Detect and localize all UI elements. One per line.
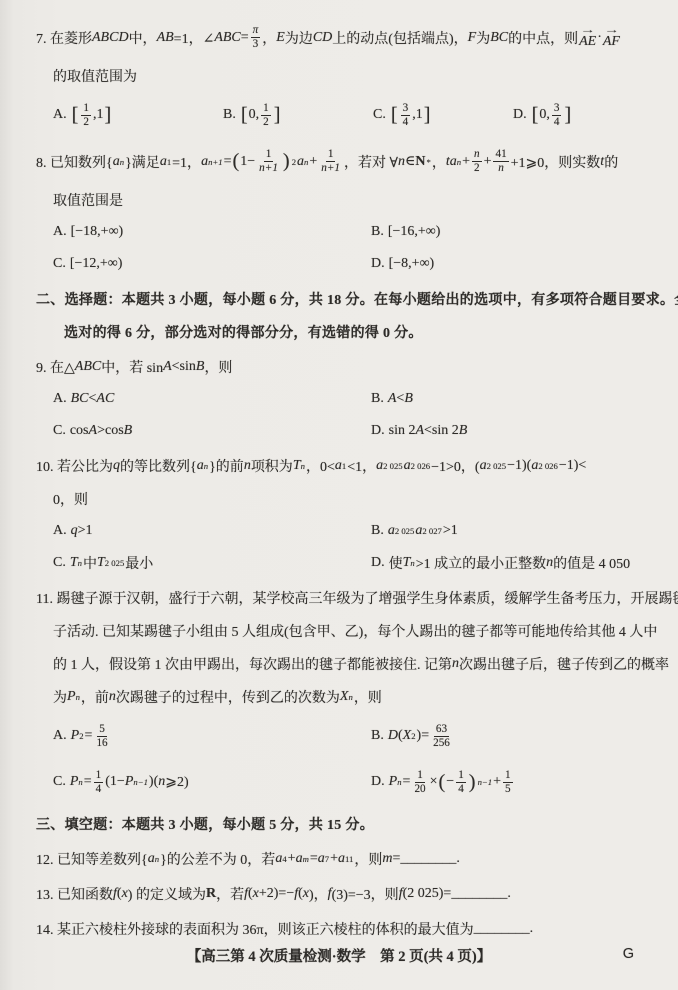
text-run: = — [310, 851, 318, 867]
text-run: 中，若 sin — [101, 357, 163, 377]
big-bracket: ] — [564, 107, 571, 123]
question-13-line-1: 13. 已知函数 f(x) 的定义域为 R，若 f(x+2)=−f(x)，f(3… — [36, 877, 672, 910]
subscript: n — [155, 854, 159, 864]
text-run: = — [224, 154, 232, 170]
math-var: a — [335, 458, 342, 474]
section-2-multiple-choice-line-1: 二、选择题：本题共 3 小题，每小题 6 分，共 18 分。在每小题给出的选项中… — [36, 282, 672, 315]
vector-AE: →AE — [579, 27, 596, 48]
big-bracket: [ — [391, 107, 398, 123]
math-var: B — [196, 359, 205, 375]
subscript: 2 — [411, 731, 415, 741]
question-11: 11. 踢毽子源于汉朝，盛行于六朝，某学校高三年级为了增强学生身体素质，缓解学生… — [36, 581, 672, 805]
text-run: 中， — [129, 28, 157, 48]
section-3-fill-in-line-1: 三、填空题：本题共 3 小题，每小题 5 分，共 15 分。 — [36, 807, 672, 840]
text-run: sin 2 — [389, 423, 416, 439]
math-var: a — [201, 154, 208, 170]
bold-symbol: R — [206, 886, 216, 902]
text-run: = — [403, 774, 411, 790]
text-run: + — [462, 154, 470, 170]
option-label: B. — [223, 107, 236, 123]
math-var: n — [244, 458, 251, 474]
text-run: ∈ — [405, 153, 415, 170]
subscript: n — [410, 558, 414, 568]
question-7-line-2: 的取值范围为 — [53, 59, 672, 92]
option-label: C. — [373, 107, 386, 123]
math-var: n — [109, 689, 116, 705]
option-label: A. — [53, 391, 67, 407]
text-run: ，若对 ∀ — [344, 152, 398, 172]
math-var: BC — [71, 391, 89, 407]
text-run: [−18,+∞) — [71, 224, 124, 240]
section-3-fill-in: 三、填空题：本题共 3 小题，每小题 5 分，共 15 分。 — [36, 807, 672, 840]
subscript: 2 025 — [395, 526, 415, 536]
option-label: D. — [371, 256, 385, 272]
text-run: ⩾2) — [165, 774, 188, 791]
text-run: 次踢出毽子后，毽子传到乙的概率 — [459, 654, 669, 674]
subscript: n — [348, 692, 352, 702]
text-run: = — [241, 30, 249, 46]
text-run: 0, — [249, 107, 260, 123]
fraction: 1n+1 — [257, 148, 280, 174]
text-run: 为边 — [285, 28, 313, 48]
subscript: 4 — [282, 854, 286, 864]
text-run: <1， — [347, 456, 376, 476]
text-run: ，则 — [204, 357, 232, 377]
text-run: 上的动点(包括端点)， — [332, 28, 467, 48]
page-footer: 【高三第 4 次质量检测·数学 第 2 页(共 4 页)】 G — [0, 945, 678, 966]
math-var: P — [67, 689, 76, 705]
subscript: 1 — [342, 461, 346, 471]
math-var: E — [276, 30, 285, 46]
fraction: 12 — [261, 102, 271, 128]
option-label: D. — [371, 555, 385, 571]
text-run: ________. — [400, 851, 460, 867]
text-run: 的中点，则 — [508, 28, 578, 48]
subscript: 7 — [325, 854, 329, 864]
math-var: ABCD — [92, 30, 129, 46]
subscript: n — [304, 157, 308, 167]
option-label: C. — [53, 774, 66, 790]
text-run: 使 — [389, 553, 403, 573]
big-bracket: ( — [439, 774, 446, 790]
math-var: a — [480, 458, 487, 474]
option-label: C. — [53, 555, 66, 571]
question-7: 7. 在菱形 ABCD 中，AB=1，∠ABC=π3，E 为边 CD 上的动点(… — [36, 16, 672, 138]
text-run: [−16,+∞) — [388, 224, 441, 240]
big-bracket: ] — [424, 107, 431, 123]
question-11-line-2: 子活动. 已知某踢毽子小组由 5 人组成(包含甲、乙)，每个人踢出的毽子都等可能… — [53, 614, 672, 647]
question-9-line-1: 9. 在△ABC 中，若 sin A<sin B，则 — [36, 350, 672, 383]
math-var: n — [398, 154, 405, 170]
text-run: ,1 — [412, 107, 423, 123]
math-var: ABC — [75, 359, 101, 375]
math-var: a — [388, 523, 395, 539]
math-var: a — [197, 458, 204, 474]
question-14-line-1: 14. 某正六棱柱外接球的表面积为 36π，则该正六棱柱的体积的最大值为____… — [36, 912, 672, 945]
subscript: n — [120, 157, 124, 167]
subscript: n — [78, 777, 82, 787]
text-run: ，则 — [354, 849, 382, 869]
text-run: =1，∠ — [174, 28, 215, 48]
fraction: 120 — [412, 769, 427, 795]
question-7-option-d: D.[0,34] — [513, 92, 672, 138]
math-var: a — [338, 851, 345, 867]
math-var: a — [160, 154, 167, 170]
text-run: 项积为 — [251, 456, 293, 476]
question-8-line-2: 取值范围是 — [53, 183, 672, 216]
question-9-option-a: A.BC<AC — [53, 383, 371, 415]
subscript: 11 — [345, 854, 353, 864]
text-run: −1>0，( — [431, 456, 479, 476]
subscript: n — [457, 157, 461, 167]
text-run: 为 — [53, 687, 67, 707]
text-run: )( — [149, 774, 158, 790]
fraction: 63256 — [431, 723, 452, 749]
text-run: = — [85, 728, 93, 744]
math-var: T — [293, 458, 301, 474]
vector-AF: →AF — [603, 27, 620, 48]
math-var: T — [97, 555, 105, 571]
question-9: 9. 在△ABC 中，若 sin A<sin B，则A.BC<ACB.A<BC.… — [36, 350, 672, 447]
question-12: 12. 已知等差数列{an}的公差不为 0，若 a4+am=a7+a11，则 m… — [36, 842, 672, 875]
math-var: a — [113, 154, 120, 170]
text-run: >1 成立的最小正整数 — [416, 553, 546, 573]
subscript: 2 025 — [487, 461, 507, 471]
option-label: B. — [371, 224, 384, 240]
text-run: )， — [309, 884, 328, 904]
math-var: P — [71, 728, 80, 744]
exam-content: 7. 在菱形 ABCD 中，AB=1，∠ABC=π3，E 为边 CD 上的动点(… — [0, 0, 678, 945]
superscript: 2 — [292, 157, 296, 167]
text-run: (2 025)= — [403, 886, 452, 902]
math-var: q — [71, 523, 78, 539]
fraction: 34 — [401, 102, 411, 128]
math-var: CD — [313, 30, 332, 46]
option-label: D. — [371, 774, 385, 790]
question-10: 10. 若公比为 q 的等比数列{an}的前 n 项积为 Tn，0<a1<1，a… — [36, 449, 672, 579]
question-8-option-c: C.[−12,+∞) — [53, 248, 371, 280]
subscript: 1 — [167, 157, 171, 167]
option-label: A. — [53, 107, 67, 123]
text-run: (3)=−3，则 — [332, 884, 399, 904]
option-label: D. — [513, 107, 527, 123]
text-run: 最小 — [125, 553, 153, 573]
math-var: A — [163, 359, 172, 375]
fraction: 12 — [81, 102, 91, 128]
question-11-line-4: 为 Pn，前 n 次踢毽子的过程中，传到乙的次数为 Xn，则 — [53, 680, 672, 713]
fraction: 41n — [493, 148, 508, 174]
text-run: <sin 2 — [424, 423, 459, 439]
option-label: B. — [371, 391, 384, 407]
bold-symbol: N — [415, 154, 425, 170]
question-9-option-c: C.cos A>cos B — [53, 415, 371, 447]
text-run: 中 — [83, 553, 97, 573]
fraction: 14 — [456, 769, 466, 795]
math-var: a — [296, 851, 303, 867]
subscript: n — [301, 461, 305, 471]
subscript: 2 027 — [422, 526, 442, 536]
math-var: B — [404, 391, 413, 407]
question-9-option-b: B.A<B — [371, 383, 672, 415]
text-run: }满足 — [125, 152, 160, 172]
text-run: ) 的定义域为 — [128, 884, 206, 904]
question-11-options: A.P2=516B.D(X2)=63256C.Pn=14(1−Pn−1)(n⩾2… — [53, 713, 672, 805]
fraction: 34 — [552, 102, 562, 128]
text-run: 11. 踢毽子源于汉朝，盛行于六朝，某学校高三年级为了增强学生身体素质，缓解学生… — [36, 588, 678, 608]
math-var: AC — [96, 391, 114, 407]
question-11-option-a: A.P2=516 — [53, 713, 371, 759]
text-run: 7. 在菱形 — [36, 28, 92, 48]
superscript: * — [426, 157, 430, 167]
question-7-line-1: 7. 在菱形 ABCD 中，AB=1，∠ABC=π3，E 为边 CD 上的动点(… — [36, 16, 672, 59]
subscript: n — [76, 692, 80, 702]
math-var: BC — [490, 30, 508, 46]
option-label: A. — [53, 224, 67, 240]
text-run: ，0< — [306, 456, 335, 476]
subscript: m — [303, 854, 309, 864]
text-run: 的 1 人，假设第 1 次由甲踢出，每次踢出的毽子都能被接住. 记第 — [53, 654, 452, 674]
math-var: B — [124, 423, 133, 439]
question-9-option-d: D.sin 2A<sin 2B — [371, 415, 672, 447]
fraction: π3 — [251, 24, 261, 50]
text-run: ，前 — [81, 687, 109, 707]
question-12-line-1: 12. 已知等差数列{an}的公差不为 0，若 a4+am=a7+a11，则 m… — [36, 842, 672, 875]
text-run: + — [493, 774, 501, 790]
math-var: a — [297, 154, 304, 170]
fraction: n2 — [472, 148, 482, 174]
question-7-option-c: C.[34,1] — [373, 92, 513, 138]
option-label: D. — [371, 423, 385, 439]
text-run: +2)=− — [259, 886, 294, 902]
text-run: 的 — [604, 152, 618, 172]
text-run: 13. 已知函数 — [36, 884, 113, 904]
text-run: 的取值范围为 — [53, 66, 137, 86]
math-var: ABC — [214, 30, 240, 46]
text-run: 10. 若公比为 — [36, 456, 113, 476]
text-run: − — [446, 774, 454, 790]
math-var: F — [468, 30, 477, 46]
option-label: C. — [53, 423, 66, 439]
subscript: n — [397, 777, 401, 787]
text-run: 的等比数列{ — [120, 456, 197, 476]
question-8-options: A.[−18,+∞)B.[−16,+∞)C.[−12,+∞)D.[−8,+∞) — [53, 216, 672, 280]
text-run: 0, — [539, 107, 550, 123]
big-bracket: [ — [72, 107, 79, 123]
text-run: <sin — [172, 359, 196, 375]
text-run: }的前 — [209, 456, 244, 476]
text-run: 子活动. 已知某踢毽子小组由 5 人组成(包含甲、乙)，每个人踢出的毽子都等可能… — [53, 621, 657, 641]
section-2-multiple-choice-line-2: 选对的得 6 分，部分选对的得部分分，有选错的得 0 分。 — [64, 315, 672, 348]
question-10-option-b: B.a2 025a2 027>1 — [371, 515, 672, 547]
math-var: X — [403, 728, 412, 744]
question-10-line-2: 0，则 — [53, 482, 672, 515]
subscript: n — [78, 558, 82, 568]
math-var: ta — [446, 154, 457, 170]
fraction: 1n+1 — [319, 148, 342, 174]
text-run: >1 — [78, 523, 93, 539]
question-13: 13. 已知函数 f(x) 的定义域为 R，若 f(x+2)=−f(x)，f(3… — [36, 877, 672, 910]
text-run: [−12,+∞) — [70, 256, 123, 272]
question-11-option-b: B.D(X2)=63256 — [371, 713, 672, 759]
text-run: 取值范围是 — [53, 190, 123, 210]
text-run: 12. 已知等差数列{ — [36, 849, 148, 869]
question-9-options: A.BC<ACB.A<BC.cos A>cos BD.sin 2A<sin 2B — [53, 383, 672, 447]
big-bracket: ) — [469, 774, 476, 790]
fraction: 516 — [94, 723, 109, 749]
big-bracket: ) — [283, 153, 290, 169]
text-run: ________. — [474, 921, 534, 937]
question-8-line-1: 8. 已知数列{an}满足 a1=1，an+1=(1−1n+1)2an+1n+1… — [36, 140, 672, 183]
math-var: a — [148, 851, 155, 867]
question-11-option-c: C.Pn=14(1−Pn−1)(n⩾2) — [53, 759, 371, 805]
math-var: AB — [157, 30, 174, 46]
question-7-option-a: A.[12,1] — [53, 92, 223, 138]
question-14: 14. 某正六棱柱外接球的表面积为 36π，则该正六棱柱的体积的最大值为____… — [36, 912, 672, 945]
text-run: cos — [70, 423, 89, 439]
text-run: −1)( — [507, 458, 531, 474]
exam-paper-page: 7. 在菱形 ABCD 中，AB=1，∠ABC=π3，E 为边 CD 上的动点(… — [0, 0, 678, 990]
math-var: a — [318, 851, 325, 867]
text-run: + — [309, 154, 317, 170]
text-run: (1− — [105, 774, 125, 790]
text-run: = — [84, 774, 92, 790]
math-var: n — [452, 656, 459, 672]
question-11-line-3: 的 1 人，假设第 1 次由甲踢出，每次踢出的毽子都能被接住. 记第 n 次踢出… — [53, 647, 672, 680]
big-bracket: [ — [241, 107, 248, 123]
math-var: T — [70, 555, 78, 571]
math-var: B — [459, 423, 468, 439]
section-2-multiple-choice: 二、选择题：本题共 3 小题，每小题 6 分，共 18 分。在每小题给出的选项中… — [36, 282, 672, 348]
text-run: + — [330, 851, 338, 867]
text-run: ，则 — [354, 687, 382, 707]
superscript: n−1 — [478, 777, 493, 787]
option-label: B. — [371, 523, 384, 539]
subscript: n — [204, 461, 208, 471]
subscript: 2 025 — [105, 558, 125, 568]
text-run: −1)< — [559, 458, 586, 474]
subscript: 2 — [79, 731, 83, 741]
question-10-option-a: A.q>1 — [53, 515, 371, 547]
text-run: ，若 — [216, 884, 244, 904]
option-label: A. — [53, 728, 67, 744]
text-run: =1， — [172, 152, 201, 172]
text-run: 14. 某正六棱柱外接球的表面积为 36π，则该正六棱柱的体积的最大值为 — [36, 919, 474, 939]
text-run: 8. 已知数列{ — [36, 152, 113, 172]
text-run: 9. 在△ — [36, 357, 75, 377]
math-var: A — [89, 423, 98, 439]
text-run: · — [597, 30, 602, 46]
big-bracket: ( — [233, 153, 240, 169]
subscript: 2 026 — [411, 461, 431, 471]
math-var: n — [158, 774, 165, 790]
math-var: n — [546, 555, 553, 571]
subscript: 2 026 — [538, 461, 558, 471]
text-run: ,1 — [93, 107, 104, 123]
math-var: a — [404, 458, 411, 474]
text-run: 的值是 4 050 — [553, 553, 630, 573]
text-run: ________. — [451, 886, 511, 902]
text-run: 为 — [476, 28, 490, 48]
text-run: × — [430, 774, 438, 790]
question-8: 8. 已知数列{an}满足 a1=1，an+1=(1−1n+1)2an+1n+1… — [36, 140, 672, 280]
question-10-option-d: D.使 Tn>1 成立的最小正整数 n 的值是 4 050 — [371, 547, 672, 579]
question-7-option-b: B.[0,12] — [223, 92, 373, 138]
fraction: 14 — [94, 769, 104, 795]
text-run: 1− — [240, 154, 255, 170]
option-label: B. — [371, 728, 384, 744]
text-run: +1⩾0，则实数 — [511, 152, 601, 172]
question-10-option-c: C.Tn 中 T2 025 最小 — [53, 547, 371, 579]
question-11-option-d: D.Pn=120×(−14)n−1+15 — [371, 759, 672, 805]
fraction: 15 — [503, 769, 513, 795]
text-run: 二、选择题：本题共 3 小题，每小题 6 分，共 18 分。在每小题给出的选项中… — [36, 289, 678, 309]
text-run: 次踢毽子的过程中，传到乙的次数为 — [116, 687, 340, 707]
footer-page-info: 【高三第 4 次质量检测·数学 第 2 页(共 4 页)】 — [187, 949, 492, 965]
text-run: [−8,+∞) — [389, 256, 435, 272]
math-var: q — [113, 458, 120, 474]
text-run: }的公差不为 0，若 — [160, 849, 275, 869]
option-label: C. — [53, 256, 66, 272]
subscript: n−1 — [133, 777, 148, 787]
question-7-options: A.[12,1]B.[0,12]C.[34,1]D.[0,34] — [53, 92, 672, 138]
text-run: >1 — [443, 523, 458, 539]
question-11-line-1: 11. 踢毽子源于汉朝，盛行于六朝，某学校高三年级为了增强学生身体素质，缓解学生… — [36, 581, 672, 614]
math-var: D — [388, 728, 398, 744]
question-10-line-1: 10. 若公比为 q 的等比数列{an}的前 n 项积为 Tn，0<a1<1，a… — [36, 449, 672, 482]
text-run: 三、填空题：本题共 3 小题，每小题 5 分，共 15 分。 — [36, 814, 374, 834]
text-run: 0，则 — [53, 489, 88, 509]
math-var: m — [382, 851, 392, 867]
option-label: A. — [53, 523, 67, 539]
text-run: ， — [262, 28, 276, 48]
text-run: >cos — [97, 423, 124, 439]
text-run: )= — [417, 728, 430, 744]
question-8-option-a: A.[−18,+∞) — [53, 216, 371, 248]
footer-version-mark: G — [623, 946, 634, 962]
text-run: 选对的得 6 分，部分选对的得部分分，有选错的得 0 分。 — [64, 322, 423, 342]
question-8-option-b: B.[−16,+∞) — [371, 216, 672, 248]
big-bracket: ] — [104, 107, 111, 123]
text-run: ， — [432, 152, 446, 172]
math-var: P — [389, 774, 398, 790]
big-bracket: [ — [532, 107, 539, 123]
subscript: 2 025 — [383, 461, 403, 471]
text-run: + — [288, 851, 296, 867]
text-run: + — [484, 154, 492, 170]
question-8-option-d: D.[−8,+∞) — [371, 248, 672, 280]
big-bracket: ] — [274, 107, 281, 123]
math-var: A — [415, 423, 424, 439]
subscript: n+1 — [208, 157, 223, 167]
question-10-options: A.q>1B.a2 025a2 027>1C.Tn 中 T2 025 最小D.使… — [53, 515, 672, 579]
